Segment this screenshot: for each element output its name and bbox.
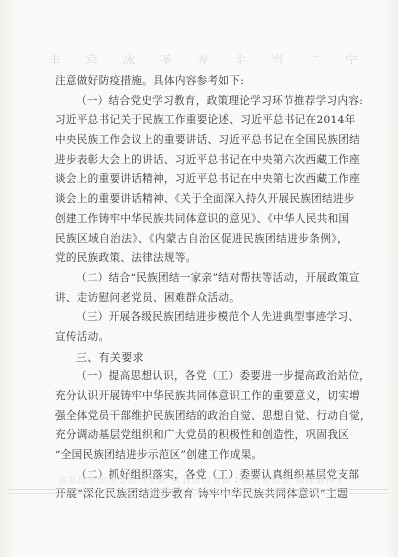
text-line: 充分认识开展铸牢中华民族共同体意识工作的重要意义，切实增 — [55, 387, 348, 407]
bleed-through-text: 各基层党组织要结合实际 认真组织开展主题党日活动 确保取得实效 — [58, 474, 348, 484]
text-line: 充分调动基层党组织和广大党员的积极性和创造性，巩固我区 — [55, 426, 348, 446]
document-body: 注意做好防疫措施。具体内容参考如下:（一）结合党史学习教育，政策理论学习环节推荐… — [55, 72, 348, 505]
text-line: （三）开展各级民族团结进步模范个人先进典型事迹学习、 — [55, 308, 348, 328]
text-line: 民族区域自治法》、《内蒙古自治区促进民族团结进步条例》， — [55, 230, 348, 250]
text-line: 中央民族工作会议上的重要讲话、习近平总书记在全国民族团结 — [55, 131, 348, 151]
scanned-document-page: 丰 宫 冰 圣 龙 主 当 二 宁 吉 冰 宝 注意做好防疫措施。具体内容参考如… — [0, 0, 398, 557]
text-line: 进步表彰大会上的讲话、习近平总书记在中央第六次西藏工作座 — [55, 151, 348, 171]
text-line: 习近平总书记关于民族工作重要论述、习近平总书记在2014年 — [55, 111, 348, 131]
text-line: 创建工作铸牢中华民族共同体意识的意见》、《中华人民共和国 — [55, 210, 348, 230]
text-line: “全国民族团结进步示范区”创建工作成果。 — [55, 446, 348, 466]
text-line: （一）提高思想认识，各党（工）委要进一步提高政治站位， — [55, 367, 348, 387]
text-line: 党的民族政策、法律法规等。 — [55, 249, 348, 269]
text-line: 讲、走访慰问老党员、困难群众活动。 — [55, 289, 348, 309]
text-line: 谈会上的重要讲话精神，习近平总书记在中央第七次西藏工作座 — [55, 170, 348, 190]
text-line: （一）结合党史学习教育，政策理论学习环节推荐学习内容: — [55, 92, 348, 112]
text-line: （二）结合“民族团结一家亲”结对帮扶等活动，开展政策宣 — [55, 269, 348, 289]
section-heading: 三、有关要求 — [55, 348, 348, 368]
page-fold-line-secondary — [8, 493, 388, 494]
text-line: 宣传活动。 — [55, 328, 348, 348]
text-line: 谈会上的重要讲话精神、《关于全面深入持久开展民族团结进步 — [55, 190, 348, 210]
text-line: 强全体党员干部维护民族团结的政治自觉、思想自觉、行动自觉， — [55, 407, 348, 427]
page-fold-line — [8, 489, 388, 490]
text-line: 注意做好防疫措施。具体内容参考如下: — [55, 72, 348, 92]
ghost-header-bleed: 丰 宫 冰 圣 龙 主 当 二 宁 吉 冰 宝 — [48, 50, 358, 64]
